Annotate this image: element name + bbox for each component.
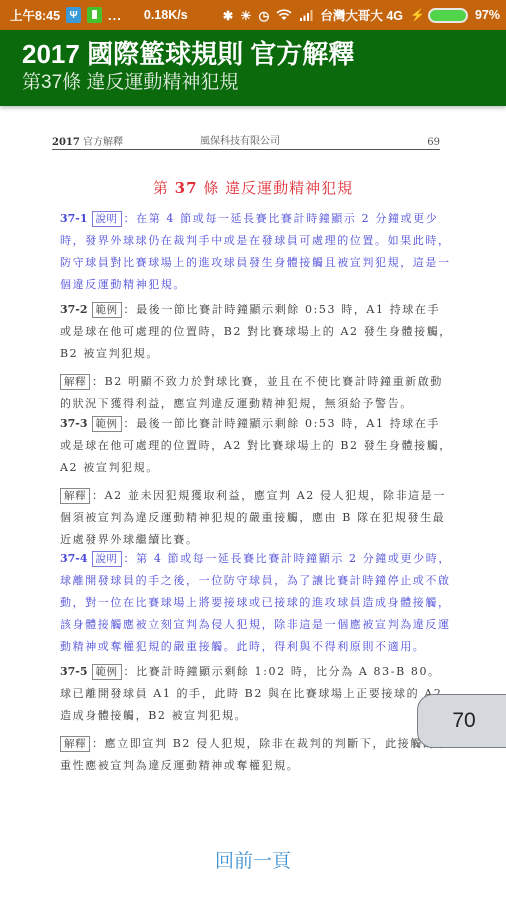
explain-tag: 解釋: [60, 374, 90, 390]
item-number: 37-3: [60, 417, 88, 430]
item-number: 37-4: [60, 552, 88, 565]
rule-item-37-2: 37-2範例：最後一節比賽計時鐘顯示剩餘 0:53 時，A1 持球在手或是球在他…: [60, 299, 452, 415]
item-tag: 範例: [92, 664, 122, 680]
item-number: 37-2: [60, 303, 88, 316]
article-title: 第 37 條 違反運動精神犯規: [0, 177, 506, 198]
charging-icon: ⚡: [410, 8, 425, 22]
wifi-icon: [276, 9, 292, 21]
item-number: 37-1: [60, 212, 88, 225]
bluetooth-icon: ✱: [223, 8, 233, 23]
status-bar: 上午8:45 Ψ ... 0.18K/s ✱ ☀ ◷ 台灣大哥大 4G ⚡ 97…: [0, 0, 506, 30]
battery-icon: [428, 8, 468, 23]
explain-text: ：A2 並未因犯規獲取利益，應宣判 A2 侵人犯規，除非這是一個須被宣判為違反運…: [60, 489, 446, 546]
rule-item-37-5: 37-5範例：比賽計時鐘顯示剩餘 1:02 時，比分為 A 83-B 80。球已…: [60, 661, 452, 777]
explain-text: ：應立即宣判 B2 侵人犯規，除非在裁判的判斷下，此接觸的嚴重性應被宣判為違反運…: [60, 737, 448, 772]
carrier-name: 台灣大哥大 4G: [320, 6, 403, 24]
alarm-clock-icon: ◷: [258, 8, 269, 23]
notification-overflow-icon: ...: [108, 8, 122, 23]
explain-tag: 解釋: [60, 736, 90, 752]
explain-text: ：B2 明顯不致力於對球比賽，並且在不使比賽計時鐘重新啟動的狀況下獲得利益，應宣…: [60, 375, 443, 410]
app-bar: 2017 國際籃球規則 官方解釋 第37條 違反運動精神犯規: [0, 30, 506, 106]
previous-page-button[interactable]: 回前一頁: [0, 846, 506, 873]
item-tag: 說明: [92, 211, 122, 227]
explain-tag: 解釋: [60, 488, 90, 504]
chapter-subtitle: 第37條 違反運動精神犯規: [22, 70, 506, 96]
usb-debug-icon: Ψ: [66, 7, 81, 23]
network-speed: 0.18K/s: [144, 8, 188, 22]
rule-item-37-3: 37-3範例：最後一節比賽計時鐘顯示剩餘 0:53 時，A1 持球在手或是球在他…: [60, 413, 452, 551]
battery-notification-icon: [87, 7, 102, 23]
signal-strength-icon: [299, 9, 313, 21]
page-number-indicator[interactable]: 70: [417, 694, 506, 748]
item-tag: 範例: [92, 416, 122, 432]
page-running-header: 2017 官方解釋 風保科技有限公司 69: [52, 134, 440, 150]
item-tag: 範例: [92, 302, 122, 318]
status-time: 上午8:45: [10, 6, 60, 24]
item-number: 37-5: [60, 665, 88, 678]
battery-percent: 97%: [475, 8, 500, 22]
header-page-number: 69: [427, 137, 440, 148]
rule-item-37-4: 37-4說明：第 4 節或每一延長賽比賽計時鐘顯示 2 分鐘或更少時，球離開發球…: [60, 548, 452, 658]
item-text: ：第 4 節或每一延長賽比賽計時鐘顯示 2 分鐘或更少時，球離開發球員的手之後，…: [60, 552, 451, 653]
header-publisher: 風保科技有限公司: [200, 132, 280, 147]
app-title: 2017 國際籃球規則 官方解釋: [22, 38, 506, 70]
rule-item-37-1: 37-1說明：在第 4 節或每一延長賽比賽計時鐘顯示 2 分鐘或更少時，發界外球…: [60, 208, 452, 296]
item-tag: 說明: [92, 551, 122, 567]
alarm-off-icon: ☀: [240, 8, 251, 23]
header-book-title: 2017 官方解釋: [52, 133, 123, 148]
